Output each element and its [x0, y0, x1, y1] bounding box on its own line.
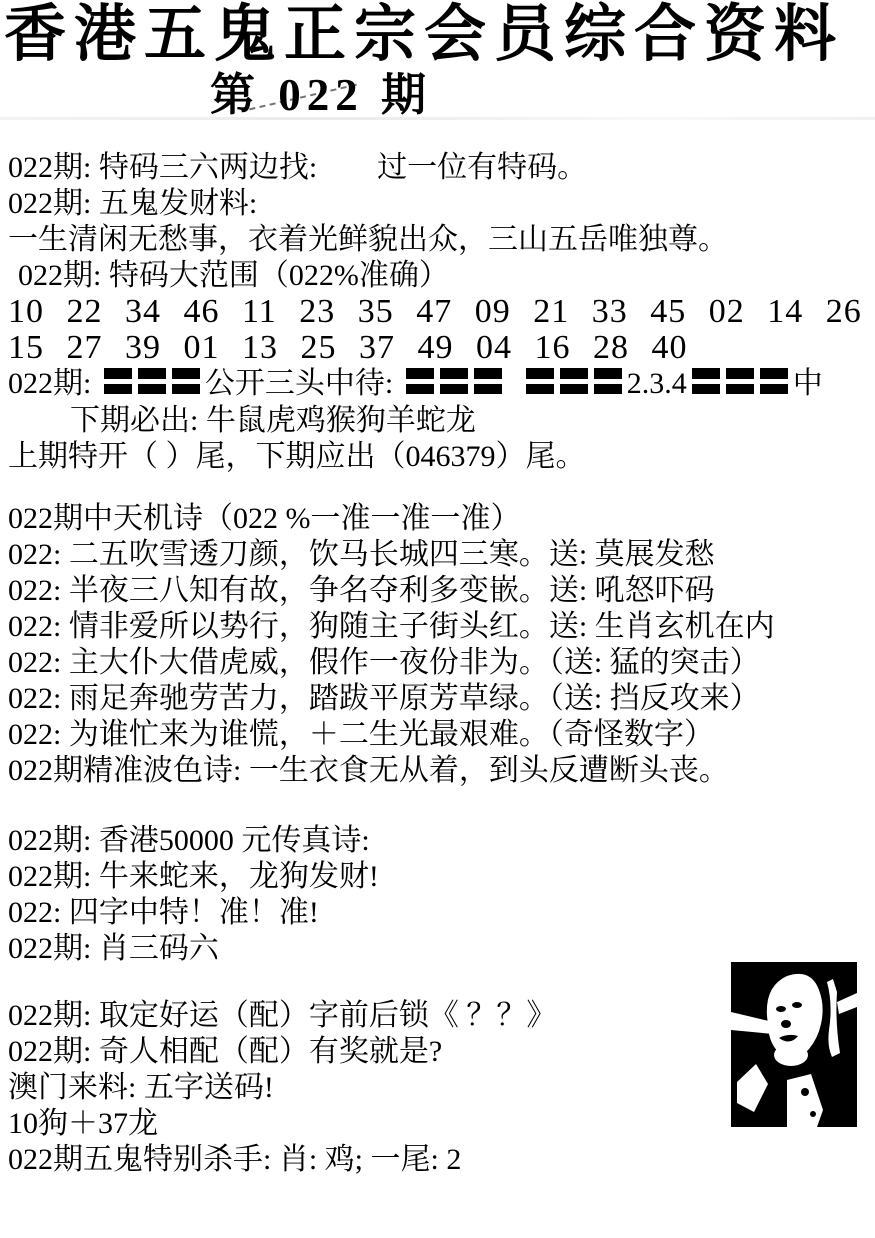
numbers-row-1: 10 22 34 46 11 23 35 47 09 21 33 45 02 1… — [8, 294, 875, 330]
redaction-block — [172, 368, 200, 394]
poem-line: 022: 雨足奔驰劳苦力，踏跋平原芳草绿。（送: 挡反攻来） — [8, 681, 875, 717]
tip-find-line: 022期: 特码三六两边找: 过一位有特码。 — [8, 150, 875, 186]
redaction-block — [474, 368, 502, 394]
issue-number: 第 022 期 — [210, 70, 432, 120]
tip-fortune-verse-line: 一生清闲无愁事，衣着光鲜貌出众，三山五岳唯独尊。 — [8, 222, 875, 258]
open-three-suffix: 中 — [793, 367, 823, 400]
fax-line: 022期: 牛来蛇来，龙狗发财! — [8, 859, 875, 895]
black-white-portrait-photo — [731, 962, 857, 1127]
poem-line: 022: 主大仆大借虎威，假作一夜份非为。（送: 猛的突击） — [8, 645, 875, 681]
poem-line: 022: 为谁忙来为谁慌，＋二生光最艰难。（奇怪数字） — [8, 717, 875, 753]
section-poems: 022期中天机诗（022 %一准一准一准） 022: 二五吹雪透刀颜，饮马长城四… — [0, 501, 875, 789]
fax-line: 022期: 香港50000 元传真诗: — [8, 823, 875, 859]
redaction-block — [406, 368, 434, 394]
fax-line: 022: 四字中特！准！准! — [8, 895, 875, 931]
redaction-block — [440, 368, 468, 394]
portrait-photo-svg — [731, 962, 857, 1127]
page-root: 香港五鬼正宗会员综合资料 第 022 期 022期: 特码三六两边找: 过一位有… — [0, 0, 875, 1238]
redaction-block — [726, 368, 754, 394]
poem-line: 022: 情非爱所以势行，狗随主子街头红。送: 生肖玄机在内 — [8, 609, 875, 645]
redaction-block — [104, 368, 132, 394]
tip-range-line: 022期: 特码大范围（022%准确） — [8, 258, 875, 294]
redaction-block-group — [403, 367, 505, 403]
open-three-numbers: 2.3.4 — [627, 367, 687, 400]
redaction-block — [560, 368, 588, 394]
poem-line: 022: 二五吹雪透刀颜，饮马长城四三寒。送: 莫展发愁 — [8, 537, 875, 573]
redaction-block-group — [689, 367, 791, 403]
color-poem-line: 022期精准波色诗: 一生衣食无从着，到头反遭断头丧。 — [8, 753, 875, 789]
open-three-label: 公开三头中待: — [205, 367, 401, 400]
redaction-block-group — [101, 367, 203, 403]
doc-title: 香港五鬼正宗会员综合资料 — [0, 0, 875, 68]
scan-smudge-artifact — [0, 117, 875, 120]
tails-line: 上期特开（ ）尾，下期应出（046379）尾。 — [8, 439, 875, 475]
tip-fortune-label-line: 022期: 五鬼发财料: — [8, 186, 875, 222]
redaction-block — [138, 368, 166, 394]
bottom-line: 022期五鬼特别杀手: 肖: 鸡; 一尾: 2 — [8, 1142, 875, 1178]
poem-line: 022: 半夜三八知有故，争名夺利多变嵌。送: 吼怒吓码 — [8, 573, 875, 609]
redaction-block — [594, 368, 622, 394]
redaction-block-group — [523, 367, 625, 403]
section-special-tips: 022期: 特码三六两边找: 过一位有特码。 022期: 五鬼发财料: 一生清闲… — [0, 150, 875, 475]
redaction-block — [526, 368, 554, 394]
poem-header-line: 022期中天机诗（022 %一准一准一准） — [8, 501, 875, 537]
numbers-row-2: 15 27 39 01 13 25 37 49 04 16 28 40 — [8, 330, 875, 366]
open-three-prefix: 022期: — [8, 367, 99, 400]
redaction-block — [692, 368, 720, 394]
section-fax: 022期: 香港50000 元传真诗: 022期: 牛来蛇来，龙狗发财! 022… — [0, 823, 875, 967]
open-three-line: 022期: 公开三头中待: 2.3.4中 — [8, 366, 875, 403]
must-out-line: 下期必出: 牛鼠虎鸡猴狗羊蛇龙 — [8, 403, 875, 439]
redaction-block — [760, 368, 788, 394]
